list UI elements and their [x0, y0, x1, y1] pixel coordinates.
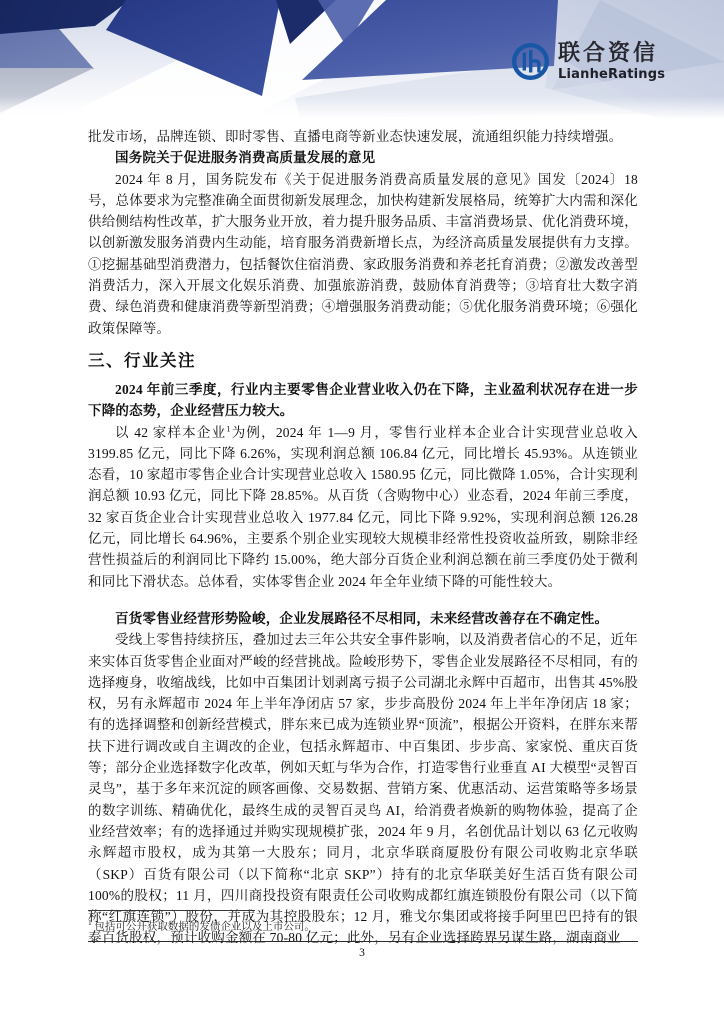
- section-title: 三、行业关注: [88, 349, 638, 373]
- page-number: 3: [0, 947, 724, 959]
- para1-text-before-ref: 以 42 家样本企业: [115, 425, 226, 440]
- para1-text-after-ref: 为例，2024 年 1—9 月，零售行业样本企业合计实现营业总收入 3199.8…: [88, 425, 638, 589]
- report-page: 联合资信 LianheRatings 批发市场，品牌连锁、即时零售、直播电商等新…: [0, 0, 724, 1024]
- brand-logo: 联合资信 LianheRatings: [511, 41, 665, 82]
- policy-paragraph: 2024 年 8 月，国务院发布《关于促进服务消费高质量发展的意见》国发〔202…: [88, 169, 638, 339]
- brand-name-en: LianheRatings: [558, 68, 665, 81]
- section-paragraph-1: 以 42 家样本企业1为例，2024 年 1—9 月，零售行业样本企业合计实现营…: [88, 422, 638, 592]
- policy-heading: 国务院关于促进服务消费高质量发展的意见: [88, 147, 638, 168]
- brand-name-cn: 联合资信: [558, 43, 665, 65]
- section-summary-2: 百货零售业经营形势险峻，企业发展路径不尽相同，未来经营改善存在不确定性。: [88, 608, 638, 629]
- document-body: 批发市场，品牌连锁、即时零售、直播电商等新业态快速发展，流通组织能力持续增强。 …: [88, 126, 638, 949]
- brand-logo-text: 联合资信 LianheRatings: [558, 43, 665, 81]
- lianhe-logo-icon: [511, 41, 550, 82]
- footnote-text: 1 包括可公开获取数据的发债企业以及上市公司。: [88, 916, 638, 935]
- section-paragraph-2: 受线上零售持续挤压，叠加过去三年公共安全事件影响，以及消费者信心的不足，近年来实…: [88, 629, 638, 948]
- footnote-content: 包括可公开获取数据的发债企业以及上市公司。: [92, 922, 315, 933]
- footer-rule: [88, 941, 638, 942]
- art-bottom-fade: [0, 96, 724, 122]
- footnote-block: 1 包括可公开获取数据的发债企业以及上市公司。: [88, 910, 638, 935]
- footnote-separator-rule: [88, 910, 255, 911]
- continued-paragraph: 批发市场，品牌连锁、即时零售、直播电商等新业态快速发展，流通组织能力持续增强。: [88, 126, 638, 147]
- section-summary-1: 2024 年前三季度，行业内主要零售企业营业收入仍在下降，主业盈利状况存在进一步…: [88, 379, 638, 422]
